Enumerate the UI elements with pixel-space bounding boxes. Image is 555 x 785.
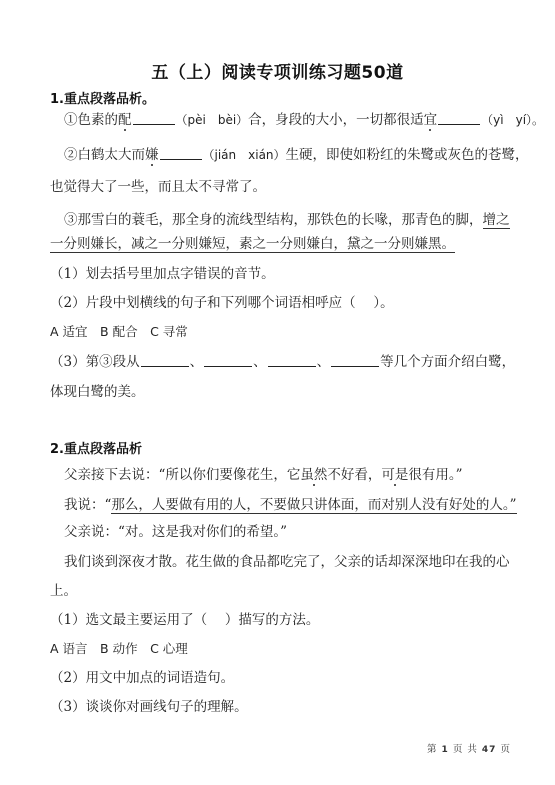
dotted-char: 嫌 <box>145 147 159 163</box>
section-1-heading: 1.重点段落品析。 <box>50 88 155 107</box>
section-1-paragraph-2-cont: 也觉得大了一些，而且太不寻常了。 <box>50 178 266 196</box>
pinyin-options: （yì yí）。 <box>481 113 544 127</box>
underlined-sentence: 一分则嫌长，减之一分则嫌短，素之一分则嫌白，黛之一分则嫌黑。 <box>50 236 455 253</box>
section-2-question-1: （1）选文最主要运用了（ ）描写的方法。 <box>50 611 319 629</box>
section-2-paragraph-1: 父亲接下去说：“所以你们要像花生，它虽然不好看，可是很有用。” <box>64 466 463 484</box>
section-2-paragraph-4-cont: 上。 <box>50 582 77 600</box>
underlined-sentence: 增之 <box>483 212 510 229</box>
dotted-char: 配 <box>118 112 132 128</box>
fill-blank[interactable] <box>204 354 252 367</box>
section-1-question-3: （3）第③段从、、、等几个方面介绍白鹭， <box>50 353 515 371</box>
dotted-char: 宜 <box>424 112 438 128</box>
section-2-options: A 语言 B 动作 C 心理 <box>50 640 188 658</box>
current-page: 1 <box>442 745 449 755</box>
section-2-paragraph-4: 我们谈到深夜才散。花生做的食品都吃完了，父亲的话却深深地印在我的心 <box>64 553 510 571</box>
pinyin-options: （pèi bèi） <box>176 113 249 127</box>
section-1-options: A 适宜 B 配合 C 寻常 <box>50 323 188 341</box>
circled-number: ③ <box>99 354 113 370</box>
section-1-paragraph-1: ①色素的配（pèi bèi）合，身段的大小，一切都很适宜（yì yí）。 <box>64 111 544 129</box>
section-1-question-1: （1）划去括号里加点字错误的音节。 <box>50 265 275 283</box>
fill-blank[interactable] <box>160 147 202 160</box>
section-1-question-2: （2）片段中划横线的句子和下列哪个词语相呼应（ ）。 <box>50 294 394 312</box>
document-title: 五（上）阅读专项训练习题50道 <box>0 58 555 83</box>
section-1-paragraph-2: ②白鹤太大而嫌（jián xián）生硬，即使如粉红的朱鹭或灰色的苍鹭， <box>64 146 529 164</box>
section-2-paragraph-2: 我说：“那么，人要做有用的人，不要做只讲体面，而对别人没有好处的人。” <box>64 496 517 514</box>
section-2-question-3: （3）谈谈你对画线句子的理解。 <box>50 698 248 716</box>
section-2-heading: 2.重点段落品析 <box>50 438 142 457</box>
underlined-sentence: 那么，人要做有用的人，不要做只讲体面，而对别人没有好处的人。” <box>111 497 516 514</box>
fill-blank[interactable] <box>133 112 175 125</box>
page-footer: 第 1 页 共 47 页 <box>427 741 511 755</box>
document-page: 五（上）阅读专项训练习题50道 1.重点段落品析。 ①色素的配（pèi bèi）… <box>0 0 555 785</box>
fill-blank[interactable] <box>141 354 189 367</box>
total-pages: 47 <box>482 745 497 755</box>
dotted-word: 虽然 <box>300 467 327 483</box>
section-1-paragraph-3: ③那雪白的蓑毛，那全身的流线型结构，那铁色的长喙，那青色的脚，增之 <box>64 211 510 229</box>
circled-number: ① <box>64 112 78 128</box>
circled-number: ② <box>64 147 78 163</box>
dotted-word: 可是 <box>381 467 408 483</box>
section-2-paragraph-3: 父亲说：“对。这是我对你们的希望。” <box>64 523 287 541</box>
pinyin-options: （jián xián） <box>203 148 286 162</box>
fill-blank[interactable] <box>331 354 379 367</box>
section-1-question-3-cont: 体现白鹭的美。 <box>50 383 145 401</box>
section-1-paragraph-3-cont: 一分则嫌长，减之一分则嫌短，素之一分则嫌白，黛之一分则嫌黑。 <box>50 235 455 253</box>
fill-blank[interactable] <box>268 354 316 367</box>
circled-number: ③ <box>64 212 78 228</box>
fill-blank[interactable] <box>438 112 480 125</box>
section-2-question-2: （2）用文中加点的词语造句。 <box>50 669 234 687</box>
